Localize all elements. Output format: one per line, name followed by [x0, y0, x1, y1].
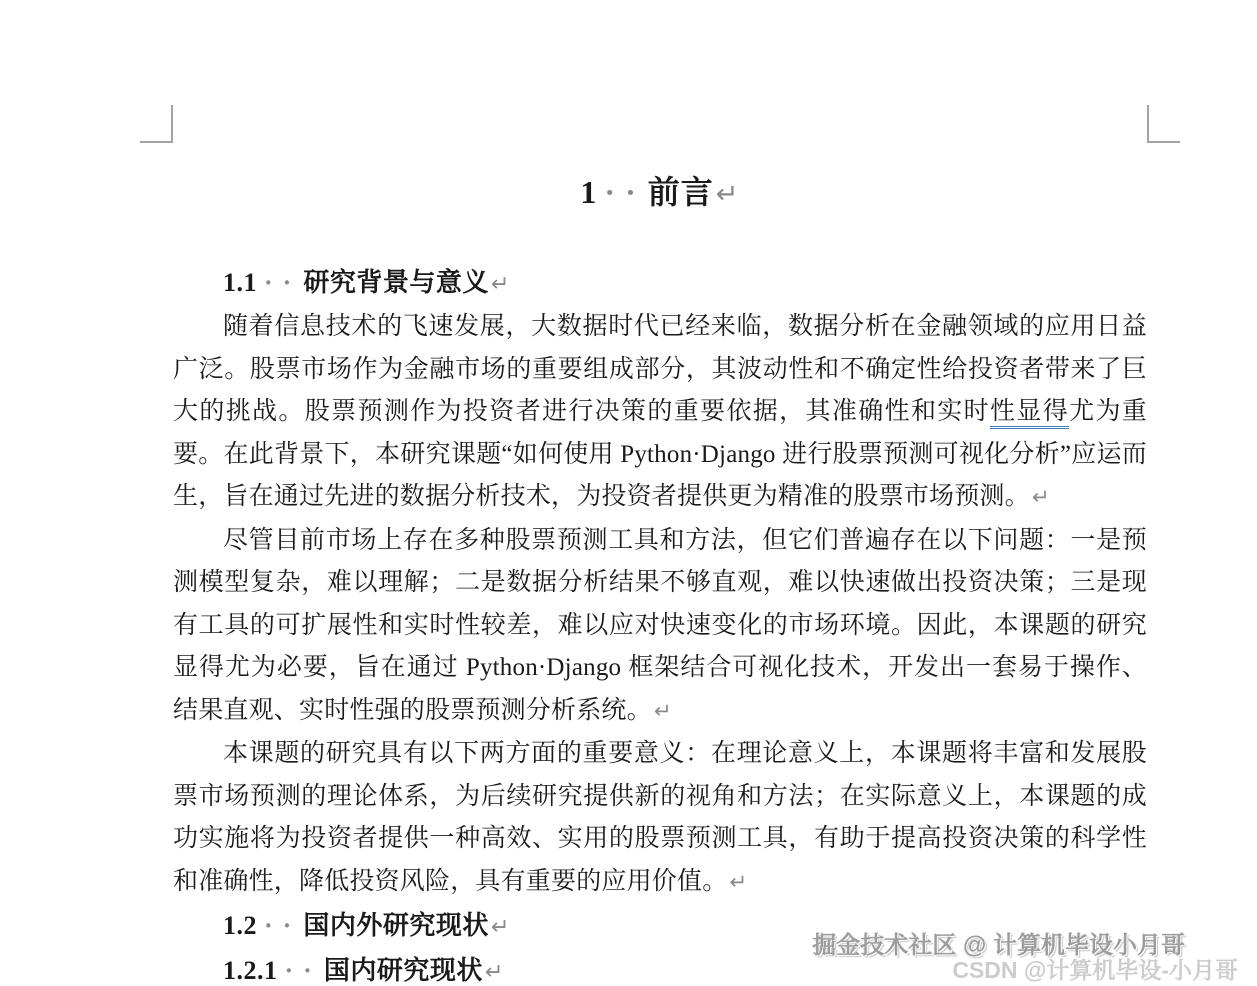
chapter-title-text: 前言 [648, 174, 714, 210]
paragraph-return-mark: ↵ [1032, 485, 1050, 510]
paragraph-text: 本课题的研究具有以下两方面的重要意义：在理论意义上，本课题将丰富和发展股票市场预… [173, 740, 1147, 895]
paragraph-return-mark: ↵ [716, 179, 740, 210]
section-number: 1.1 [223, 268, 257, 297]
space-format-marks: ·· [264, 911, 301, 940]
crop-mark-top-right [1147, 105, 1180, 143]
paragraph-significance: 本课题的研究具有以下两方面的重要意义：在理论意义上，本课题将丰富和发展股票市场预… [173, 733, 1147, 904]
section-title-text: 研究背景与意义 [303, 268, 489, 297]
paragraph-background: 随着信息技术的飞速发展，大数据时代已经来临，数据分析在金融领域的应用日益广泛。股… [173, 306, 1147, 520]
paragraph-problems: 尽管目前市场上存在多种股票预测工具和方法，但它们普遍存在以下问题：一是预测模型复… [173, 520, 1147, 734]
space-format-marks: ·· [285, 956, 322, 985]
paragraph-return-mark: ↵ [491, 914, 510, 940]
crop-mark-top-left [140, 105, 173, 143]
paragraph-return-mark: ↵ [491, 271, 510, 297]
section-title-text: 国内研究现状 [324, 956, 483, 985]
space-format-marks: ·· [604, 174, 645, 210]
section-number: 1.2.1 [223, 956, 278, 985]
space-format-marks: ·· [264, 268, 301, 297]
paragraph-text: 尽管目前市场上存在多种股票预测工具和方法，但它们普遍存在以下问题：一是预测模型复… [173, 527, 1147, 724]
paragraph-return-mark: ↵ [485, 959, 504, 985]
chapter-number: 1 [580, 174, 597, 210]
section-heading-1-1: 1.1··研究背景与意义↵ [173, 261, 1147, 306]
grammar-flagged-text: 性显得 [990, 398, 1069, 429]
chapter-heading: 1··前言↵ [173, 168, 1147, 219]
paragraph-return-mark: ↵ [654, 699, 672, 724]
paragraph-return-mark: ↵ [729, 870, 747, 895]
section-title-text: 国内外研究现状 [303, 911, 489, 940]
watermark-csdn: CSDN @计算机毕设-小月哥 [952, 952, 1238, 985]
document-content: 1··前言↵ 1.1··研究背景与意义↵ 随着信息技术的飞速发展，大数据时代已经… [173, 168, 1147, 986]
section-number: 1.2 [223, 911, 257, 940]
